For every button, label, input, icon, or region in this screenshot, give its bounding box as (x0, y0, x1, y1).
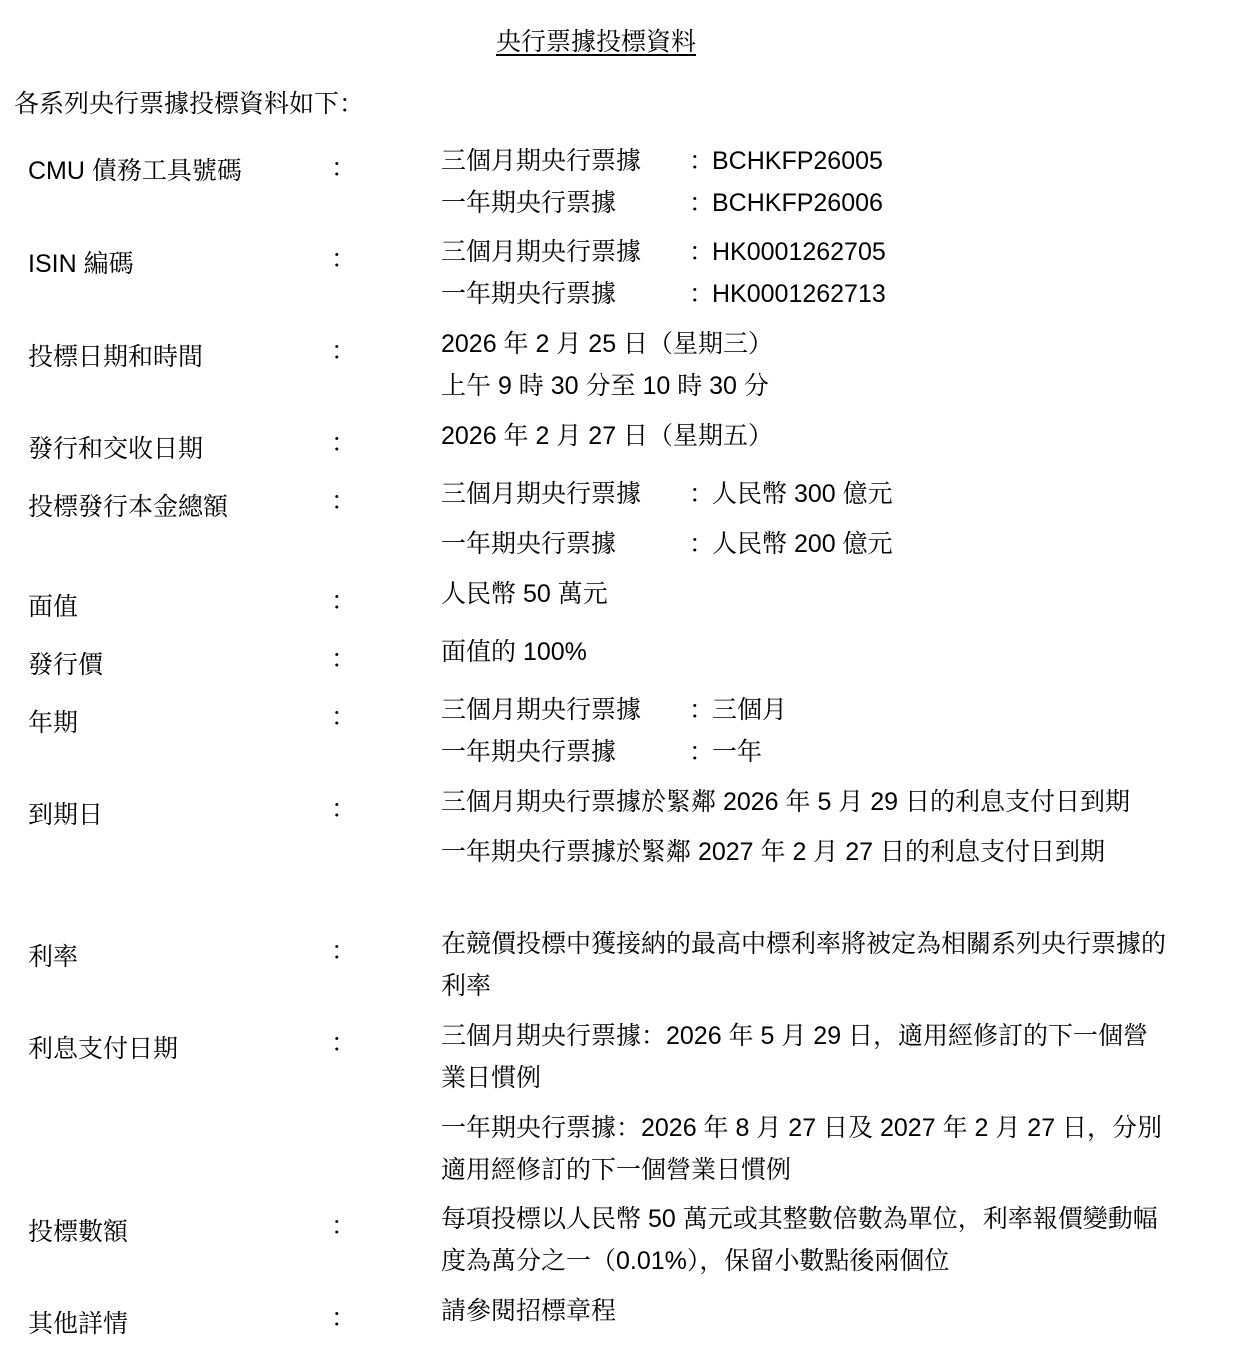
sub-key: 一年期央行票據 (441, 273, 616, 315)
issue-price: 面值的 100% (441, 631, 1171, 673)
sub-value: 一年 (712, 731, 762, 773)
label-tender-date: 投標日期和時間 (28, 337, 203, 373)
colon: ： (331, 789, 356, 825)
value-amount: 三個月期央行票據 ： 人民幣 300 億元 一年期央行票據 ： 人民幣 200 … (441, 473, 1171, 565)
colon: ： (689, 523, 714, 565)
colon: ： (331, 697, 356, 733)
sub-key: 三個月期央行票據 (441, 231, 641, 273)
colon: ： (331, 931, 356, 967)
issue-date: 2026 年 2 月 27 日（星期五） (441, 415, 1171, 457)
colon: ： (689, 182, 714, 224)
colon: ： (331, 331, 356, 367)
document-title: 央行票據投標資料 (0, 22, 1192, 58)
sub-key: 一年期央行票據 (441, 731, 616, 773)
sub-item: 一年期央行票據 ： HK0001262713 (441, 273, 1171, 315)
value-payment-dates: 三個月期央行票據：2026 年 5 月 29 日，適用經修訂的下一個營業日慣例 … (441, 1015, 1171, 1199)
colon: ： (689, 473, 714, 515)
face-value: 人民幣 50 萬元 (441, 573, 1171, 615)
sub-value: HK0001262713 (712, 273, 886, 315)
colon: ： (331, 148, 356, 184)
label-other: 其他詳情 (28, 1304, 128, 1340)
document-title-text: 央行票據投標資料 (496, 28, 696, 56)
sub-item: 三個月期央行票據 ： HK0001262705 (441, 231, 1171, 273)
tender-amount-text: 每項投標以人民幣 50 萬元或其整數倍數為單位，利率報價變動幅度為萬分之一（0.… (441, 1198, 1171, 1282)
label-issue-date: 發行和交收日期 (28, 429, 203, 465)
payment-1y: 一年期央行票據：2026 年 8 月 27 日及 2027 年 2 月 27 日… (441, 1107, 1171, 1191)
sub-item: 三個月期央行票據 ： 三個月 (441, 689, 1171, 731)
colon: ： (689, 140, 714, 182)
sub-item: 一年期央行票據 ： 一年 (441, 731, 1171, 773)
sub-item: 一年期央行票據 ： 人民幣 200 億元 (441, 523, 1171, 565)
label-payment-dates: 利息支付日期 (28, 1029, 178, 1065)
label-isin: ISIN 編碼 (28, 244, 134, 280)
sub-value: HK0001262705 (712, 231, 886, 273)
colon: ： (331, 1206, 356, 1242)
sub-key: 三個月期央行票據 (441, 140, 641, 182)
value-tender-amount: 每項投標以人民幣 50 萬元或其整數倍數為單位，利率報價變動幅度為萬分之一（0.… (441, 1198, 1171, 1290)
maturity-1y: 一年期央行票據於緊鄰 2027 年 2 月 27 日的利息支付日到期 (441, 831, 1171, 873)
colon: ： (331, 639, 356, 675)
colon: ： (331, 1298, 356, 1334)
sub-value: 三個月 (712, 689, 787, 731)
sub-item: 一年期央行票據 ： BCHKFP26006 (441, 182, 1171, 224)
colon: ： (689, 731, 714, 773)
value-isin: 三個月期央行票據 ： HK0001262705 一年期央行票據 ： HK0001… (441, 231, 1171, 315)
maturity-3m: 三個月期央行票據於緊鄰 2026 年 5 月 29 日的利息支付日到期 (441, 781, 1171, 823)
label-face-value: 面值 (28, 587, 78, 623)
sub-item: 三個月期央行票據 ： BCHKFP26005 (441, 140, 1171, 182)
tender-date: 2026 年 2 月 25 日（星期三） (441, 323, 1171, 365)
colon: ： (689, 689, 714, 731)
label-tender-amount: 投標數額 (28, 1212, 128, 1248)
value-cmu: 三個月期央行票據 ： BCHKFP26005 一年期央行票據 ： BCHKFP2… (441, 140, 1171, 224)
tender-time: 上午 9 時 30 分至 10 時 30 分 (441, 365, 1171, 407)
label-tenor: 年期 (28, 703, 78, 739)
value-face-value: 人民幣 50 萬元 (441, 573, 1171, 615)
colon: ： (331, 1023, 356, 1059)
sub-value: BCHKFP26005 (712, 140, 883, 182)
sub-value: 人民幣 200 億元 (712, 523, 893, 565)
sub-key: 一年期央行票據 (441, 523, 616, 565)
value-issue-price: 面值的 100% (441, 631, 1171, 673)
value-other: 請參閱招標章程 (441, 1290, 1171, 1340)
value-tender-date: 2026 年 2 月 25 日（星期三） 上午 9 時 30 分至 10 時 3… (441, 323, 1171, 407)
colon: ： (331, 239, 356, 275)
value-interest-rate: 在競價投標中獲接納的最高中標利率將被定為相關系列央行票據的利率 (441, 923, 1171, 1015)
colon: ： (331, 423, 356, 459)
colon: ： (689, 273, 714, 315)
sub-key: 三個月期央行票據 (441, 689, 641, 731)
interest-rate-text: 在競價投標中獲接納的最高中標利率將被定為相關系列央行票據的利率 (441, 923, 1171, 1007)
sub-value: 人民幣 300 億元 (712, 473, 893, 515)
label-cmu: CMU 債務工具號碼 (28, 151, 242, 187)
sub-key: 一年期央行票據 (441, 182, 616, 224)
colon: ： (331, 481, 356, 517)
payment-3m: 三個月期央行票據：2026 年 5 月 29 日，適用經修訂的下一個營業日慣例 (441, 1015, 1171, 1099)
colon: ： (689, 231, 714, 273)
label-interest-rate: 利率 (28, 937, 78, 973)
sub-key: 三個月期央行票據 (441, 473, 641, 515)
label-issue-price: 發行價 (28, 645, 103, 681)
value-issue-date: 2026 年 2 月 27 日（星期五） (441, 415, 1171, 457)
other-text: 請參閱招標章程 (441, 1290, 1171, 1332)
sub-value: BCHKFP26006 (712, 182, 883, 224)
value-maturity: 三個月期央行票據於緊鄰 2026 年 5 月 29 日的利息支付日到期 一年期央… (441, 781, 1171, 881)
sub-item: 三個月期央行票據 ： 人民幣 300 億元 (441, 473, 1171, 515)
value-tenor: 三個月期央行票據 ： 三個月 一年期央行票據 ： 一年 (441, 689, 1171, 773)
colon: ： (331, 581, 356, 617)
label-amount: 投標發行本金總額 (28, 487, 228, 523)
intro-text: 各系列央行票據投標資料如下： (14, 84, 364, 120)
label-maturity: 到期日 (28, 795, 103, 831)
